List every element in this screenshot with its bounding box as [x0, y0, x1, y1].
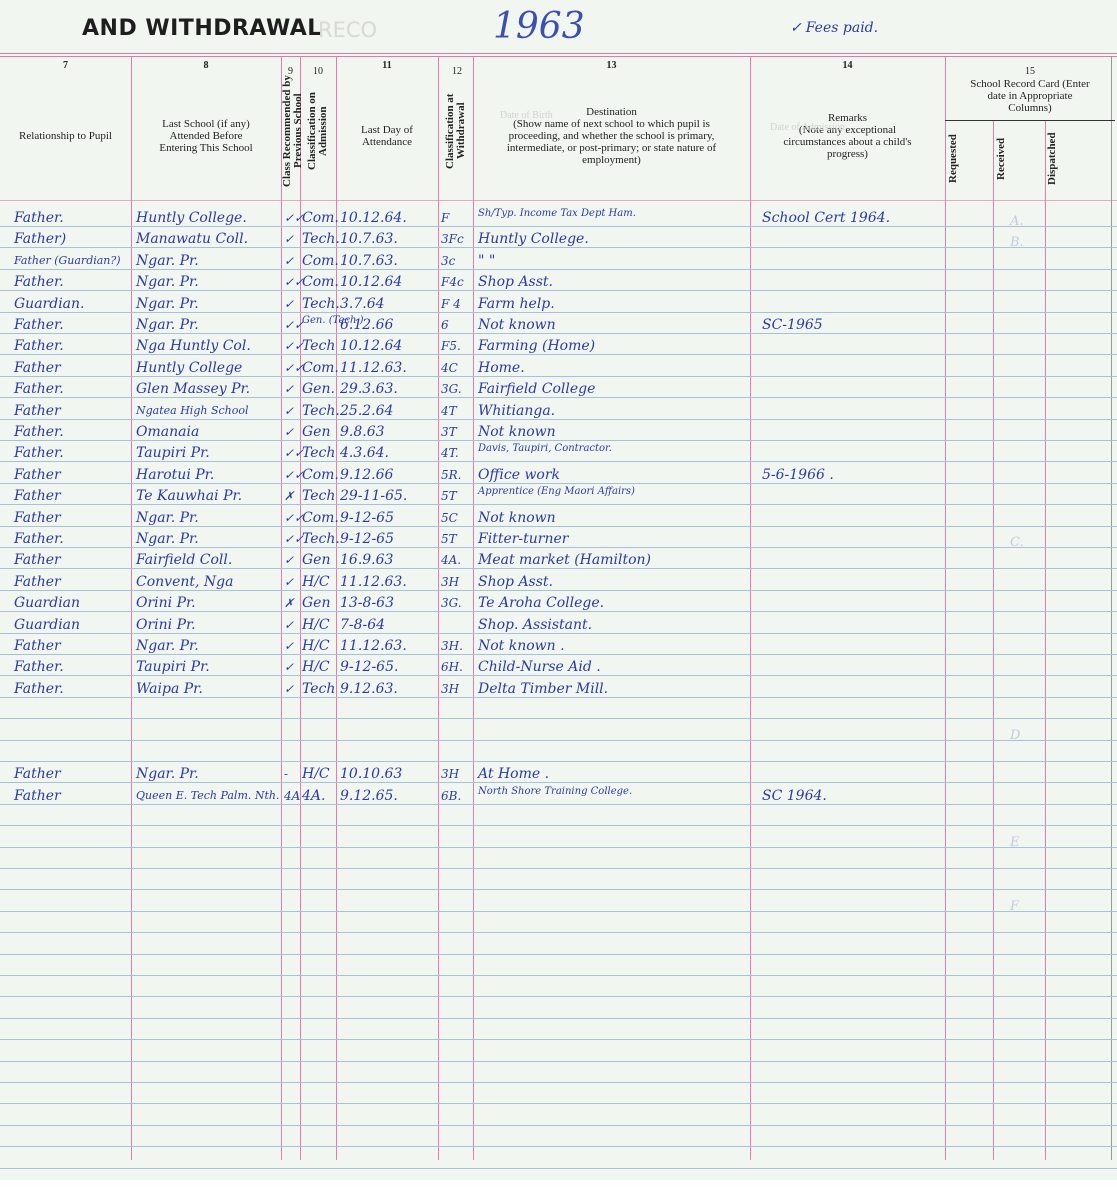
remarks-cell: School Cert 1964. [762, 208, 890, 228]
dest-cell: Fairfield College [478, 379, 595, 399]
rel-cell: Father. [14, 443, 64, 463]
page-title: AND WITHDRAWAL [82, 16, 322, 41]
wd-cell: 3c [441, 251, 455, 271]
school-cell: Fairfield Coll. [136, 550, 232, 570]
rel-cell: Guardian [14, 593, 80, 613]
dest-cell: Huntly College. [478, 229, 589, 249]
header-dispatched: Dispatched [1047, 124, 1107, 194]
school-cell: Nga Huntly Col. [136, 336, 251, 356]
wd-cell: F4c [441, 272, 464, 292]
day-cell: 10.10.63 [340, 764, 402, 784]
adm-cell: Com. [302, 272, 339, 292]
day-cell: 6.12.66 [340, 315, 393, 335]
wd-cell: 3H. [441, 636, 463, 656]
remarks-cell: 5-6-1966 . [762, 465, 834, 485]
rel-cell: Father [14, 572, 61, 592]
rec-cell: ✓ [284, 550, 294, 570]
day-cell: 9-12-65 [340, 508, 394, 528]
dest-cell: Not known [478, 422, 556, 442]
day-cell: 4.3.64. [340, 443, 389, 463]
day-cell: 9.12.63. [340, 679, 398, 699]
wd-cell: 6B. [441, 786, 461, 806]
dest-cell: Not known [478, 508, 556, 528]
dest-cell: Not known [478, 315, 556, 335]
day-cell: 29-11-65. [340, 486, 407, 506]
school-cell: Ngar. Pr. [136, 315, 199, 335]
wd-cell: 4T. [441, 443, 459, 463]
adm-cell: H/C [302, 657, 330, 677]
dest-cell: Farming (Home) [478, 336, 595, 356]
school-cell: Ngar. Pr. [136, 529, 199, 549]
day-cell: 10.7.63. [340, 229, 398, 249]
header-relationship: 7 Relationship to Pupil [0, 60, 131, 200]
day-cell: 11.12.63. [340, 636, 407, 656]
school-cell: Orini Pr. [136, 615, 196, 635]
rel-cell: Father [14, 764, 61, 784]
day-cell: 29.3.63. [340, 379, 398, 399]
rel-cell: Father) [14, 229, 66, 249]
header-last-school: 8 Last School (if any) Attended Before E… [131, 60, 281, 200]
rel-cell: Father. [14, 422, 64, 442]
wd-cell: 3T [441, 422, 457, 442]
adm-cell: Com. [302, 208, 339, 228]
adm-cell: Gen. [302, 379, 335, 399]
wd-cell: 5T [441, 529, 457, 549]
rel-cell: Guardian [14, 615, 80, 635]
rec-cell: ✓ [284, 401, 294, 421]
school-cell: Taupiri Pr. [136, 443, 210, 463]
school-cell: Glen Massey Pr. [136, 379, 250, 399]
remarks-cell: SC 1964. [762, 786, 827, 806]
day-cell: 25.2.64 [340, 401, 393, 421]
dest-cell: At Home . [478, 764, 549, 784]
dest-cell: Whitianga. [478, 401, 555, 421]
header-class-recommended: Class Recommended by Previous School [282, 72, 300, 190]
rel-cell: Father. [14, 272, 64, 292]
rec-cell: ✓ [284, 229, 294, 249]
header-received: Received [996, 124, 1044, 194]
school-cell: Ngar. Pr. [136, 294, 199, 314]
day-cell: 11.12.63. [340, 358, 407, 378]
dest-cell: Apprentice (Eng Maori Affairs) [478, 486, 635, 498]
dest-cell: Child-Nurse Aid . [478, 657, 601, 677]
adm-cell: Tech. [302, 229, 340, 249]
header-classification-admission: Classification on Admission [301, 72, 335, 190]
dest-cell: Meat market (Hamilton) [478, 550, 651, 570]
adm-cell: Com. [302, 465, 339, 485]
rel-cell: Father. [14, 208, 64, 228]
wd-cell: 6 [441, 315, 449, 335]
rel-cell: Guardian. [14, 294, 85, 314]
adm-cell: H/C [302, 764, 330, 784]
dest-cell: Sh/Typ. Income Tax Dept Ham. [478, 208, 636, 220]
rec-cell: ✓ [284, 251, 294, 271]
day-cell: 11.12.63. [340, 572, 407, 592]
year-annotation: 1963 [493, 6, 585, 47]
wd-cell: 6H. [441, 657, 463, 677]
day-cell: 13-8-63 [340, 593, 394, 613]
adm-cell: Tech. [302, 529, 340, 549]
adm-cell: 4A. [302, 786, 325, 806]
tick-icon: ✓ [790, 20, 802, 36]
rec-cell: - [284, 764, 288, 784]
day-cell: 10.12.64 [340, 272, 402, 292]
rel-cell: Father. [14, 379, 64, 399]
adm-cell: Gen [302, 593, 331, 613]
school-cell: Omanaia [136, 422, 199, 442]
day-cell: 9.12.65. [340, 786, 398, 806]
wd-cell: 4T [441, 401, 457, 421]
school-cell: Ngar. Pr. [136, 764, 199, 784]
wd-cell: 3G. [441, 593, 462, 613]
rel-cell: Father. [14, 529, 64, 549]
wd-cell: F5. [441, 336, 461, 356]
rec-cell: 4A [284, 786, 300, 806]
school-cell: Ngar. Pr. [136, 636, 199, 656]
adm-cell: Com. [302, 358, 339, 378]
school-cell: Waipa Pr. [136, 679, 203, 699]
rec-cell: ✓ [284, 636, 294, 656]
header-last-day: 11 Last Day of Attendance [336, 60, 438, 200]
day-cell: 9.8.63 [340, 422, 385, 442]
school-cell: Orini Pr. [136, 593, 196, 613]
school-cell: Taupiri Pr. [136, 657, 210, 677]
dest-cell: Office work [478, 465, 560, 485]
adm-cell: Com. [302, 508, 339, 528]
day-cell: 9-12-65. [340, 657, 398, 677]
wd-cell: 5R. [441, 465, 461, 485]
adm-cell: H/C [302, 615, 330, 635]
adm-cell: H/C [302, 572, 330, 592]
day-cell: 10.7.63. [340, 251, 398, 271]
school-cell: Ngar. Pr. [136, 251, 199, 271]
wd-cell: 4C [441, 358, 458, 378]
adm-cell: Com. [302, 251, 339, 271]
adm-cell: Tech [302, 336, 335, 356]
rec-cell: ✗ [284, 593, 294, 613]
school-cell: Manawatu Coll. [136, 229, 248, 249]
rel-cell: Father [14, 401, 61, 421]
school-cell: Ngar. Pr. [136, 272, 199, 292]
school-cell: Queen E. Tech Palm. Nth. [136, 786, 280, 806]
school-cell: Te Kauwhai Pr. [136, 486, 242, 506]
dest-cell: Fitter-turner [478, 529, 568, 549]
header-requested: Requested [948, 124, 992, 194]
bleed-through-title: RECO [318, 18, 377, 42]
wd-cell: F [441, 208, 449, 228]
dest-cell: North Shore Training College. [478, 786, 632, 798]
dest-cell: " " [478, 251, 495, 271]
rel-cell: Father [14, 508, 61, 528]
dest-cell: Farm help. [478, 294, 555, 314]
school-cell: Huntly College. [136, 208, 247, 228]
day-cell: 16.9.63 [340, 550, 393, 570]
remarks-cell: SC-1965 [762, 315, 823, 335]
school-cell: Harotui Pr. [136, 465, 214, 485]
rel-cell: Father [14, 358, 61, 378]
wd-cell: 5C [441, 508, 458, 528]
rel-cell: Father [14, 486, 61, 506]
dest-cell: Shop Asst. [478, 572, 553, 592]
rel-cell: Father [14, 636, 61, 656]
day-cell: 9-12-65 [340, 529, 394, 549]
day-cell: 10.12.64. [340, 208, 407, 228]
wd-cell: 5T [441, 486, 457, 506]
day-cell: 7-8-64 [340, 615, 385, 635]
adm-cell: Gen [302, 550, 331, 570]
day-cell: 9.12.66 [340, 465, 393, 485]
adm-cell: Tech. [302, 294, 340, 314]
header-record-card: School Record Card (Enter date in Approp… [945, 66, 1115, 114]
header-classification-withdrawal: Classification at Withdrawal [439, 72, 473, 190]
wd-cell: 3Fc [441, 229, 464, 249]
dest-cell: Delta Timber Mill. [478, 679, 608, 699]
adm-cell: Tech [302, 679, 335, 699]
day-cell: 3.7.64 [340, 294, 385, 314]
fees-text: Fees paid. [806, 20, 878, 36]
adm-cell: Tech [302, 486, 335, 506]
school-cell: Convent, Nga [136, 572, 233, 592]
wd-cell: F 4 [441, 294, 461, 314]
rel-cell: Father (Guardian?) [14, 251, 121, 271]
wd-cell: 3G. [441, 379, 462, 399]
rec-cell: ✓ [284, 572, 294, 592]
rel-cell: Father. [14, 679, 64, 699]
rel-cell: Father [14, 465, 61, 485]
rec-cell: ✓ [284, 657, 294, 677]
dest-cell: Home. [478, 358, 525, 378]
dest-cell: Shop Asst. [478, 272, 553, 292]
rec-cell: ✓ [284, 615, 294, 635]
wd-cell: 4A. [441, 550, 461, 570]
rel-cell: Father. [14, 336, 64, 356]
rec-cell: ✓ [284, 379, 294, 399]
adm-cell: Tech. [302, 401, 340, 421]
adm-cell: Tech [302, 443, 335, 463]
wd-cell: 3H [441, 572, 459, 592]
school-cell: Ngar. Pr. [136, 508, 199, 528]
wd-cell: 3H [441, 764, 459, 784]
ledger-page: AND WITHDRAWAL RECO 1963 ✓Fees paid. 7 R… [0, 0, 1117, 1180]
rec-cell: ✗ [284, 486, 294, 506]
school-cell: Huntly College [136, 358, 242, 378]
dest-cell: Te Aroha College. [478, 593, 604, 613]
day-cell: 10.12.64 [340, 336, 402, 356]
dest-cell: Shop. Assistant. [478, 615, 592, 635]
adm-cell: H/C [302, 636, 330, 656]
header-destination: 13 Destination (Show name of next school… [473, 60, 750, 200]
wd-cell: 3H [441, 679, 459, 699]
rel-cell: Father [14, 550, 61, 570]
rel-cell: Father. [14, 657, 64, 677]
dest-cell: Not known . [478, 636, 565, 656]
rec-cell: ✓ [284, 422, 294, 442]
fees-annotation: ✓Fees paid. [790, 20, 878, 36]
adm-cell: Gen [302, 422, 331, 442]
school-cell: Ngatea High School [136, 401, 249, 421]
rel-cell: Father. [14, 315, 64, 335]
rel-cell: Father [14, 786, 61, 806]
rec-cell: ✓ [284, 294, 294, 314]
rec-cell: ✓ [284, 679, 294, 699]
dest-cell: Davis, Taupiri, Contractor. [478, 443, 612, 455]
